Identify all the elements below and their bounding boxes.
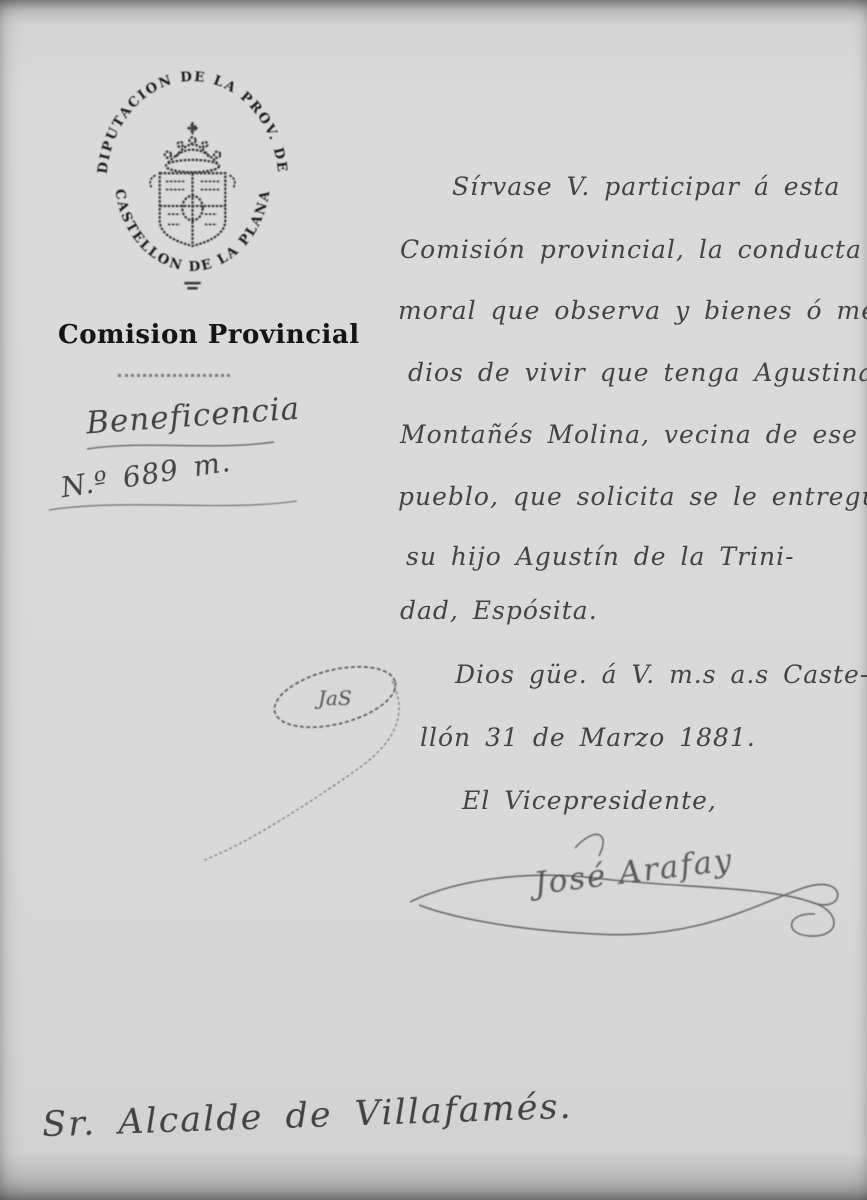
closing-date-line: llón 31 de Marzo 1881.	[420, 723, 756, 752]
body-line: su hijo Agustín de la Trini-	[406, 542, 795, 571]
scanned-letter-page: DIPUTACION DE LA PROV. DE CASTELLON DE L…	[0, 0, 867, 1200]
body-line: moral que observa y bienes ó me-	[398, 296, 867, 325]
letterhead-separator	[118, 362, 230, 377]
official-seal-stamp: DIPUTACION DE LA PROV. DE CASTELLON DE L…	[90, 60, 295, 312]
body-line: dad, Espósita.	[400, 596, 598, 625]
body-line: Montañés Molina, vecina de ese	[400, 420, 858, 449]
addressee-line: Sr. Alcalde de Villafamés.	[41, 1087, 573, 1145]
file-number-underline-flourish	[45, 492, 305, 516]
body-line: pueblo, que solicita se le entregue	[398, 482, 867, 511]
body-line: Sírvase V. participar á esta	[452, 172, 840, 201]
body-line: Comisión provincial, la conducta	[400, 235, 862, 264]
paraph-initials: JaS	[314, 686, 352, 710]
signature-block: José Arafay	[395, 810, 865, 980]
section-heading-handwritten: Beneficencia	[85, 391, 301, 442]
body-line: dios de vivir que tenga Agustina	[408, 358, 867, 387]
letterhead-title: Comision Provincial	[58, 320, 360, 350]
signature-name: José Arafay	[526, 842, 735, 903]
paraph-tail-stroke	[202, 681, 399, 861]
closing-line: Dios güe. á V. m.s a.s Caste-	[455, 660, 867, 689]
